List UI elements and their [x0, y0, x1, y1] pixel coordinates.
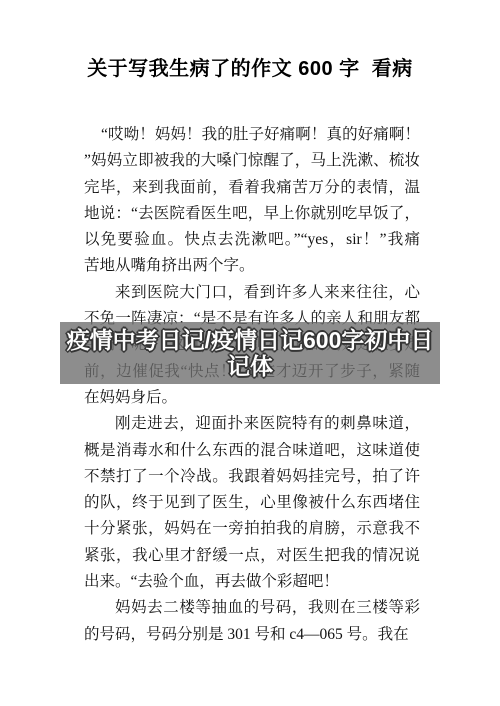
watermark-text-line: 疫情中考日记/疫情日记600字初中日 — [67, 327, 434, 353]
text-line: 出来。“去验个血，再去做个彩超吧！ — [84, 569, 420, 595]
text-line: 概是消毒水和什么东西的混合味道吧，这味道使我 — [84, 438, 420, 464]
text-line: 紧张，我心里才舒缓一点，对医生把我的情况说了 — [84, 543, 420, 569]
text-line: ”妈妈立即被我的大嗓门惊醒了，马上洗漱、梳妆 — [84, 148, 420, 174]
text-line: 十分紧张，妈妈在一旁拍拍我的肩膀，示意我不要 — [84, 516, 420, 542]
text-line: 在妈妈身后。 — [84, 385, 420, 411]
text-line: 地说：“去医院看医生吧，早上你就别吃早饭了， — [84, 201, 420, 227]
text-line: 妈妈去二楼等抽血的号码，我则在三楼等彩超 — [84, 595, 420, 621]
watermark-overlay: 疫情中考日记/疫情日记600字初中日 记体 — [60, 322, 440, 384]
document-page: 关于写我生病了的作文 600 字 看病 “哎呦！妈妈！我的肚子好痛啊！真的好痛啊… — [0, 0, 500, 706]
text-line: 不禁打了一个冷战。我跟着妈妈挂完号，拍了许久 — [84, 464, 420, 490]
text-line: 苦地从嘴角挤出两个字。 — [84, 253, 420, 279]
text-line: “哎呦！妈妈！我的肚子好痛啊！真的好痛啊！ — [84, 122, 420, 148]
essay-body: “哎呦！妈妈！我的肚子好痛啊！真的好痛啊！ ”妈妈立即被我的大嗓门惊醒了，马上洗… — [84, 122, 420, 648]
page-title: 关于写我生病了的作文 600 字 看病 — [0, 54, 500, 84]
text-line: 的号码，号码分别是 301 号和 c4—065 号。我在四 — [84, 622, 420, 648]
text-line: 完毕，来到我面前，看着我痛苦万分的表情，温柔 — [84, 175, 420, 201]
watermark-text-line: 记体 — [227, 353, 273, 379]
text-line: 以免要验血。快点去洗漱吧。”“yes，sir！”我痛 — [84, 227, 420, 253]
text-line: 来到医院大门口，看到许多人来来往往，心中 — [84, 280, 420, 306]
text-line: 的队，终于见到了医生，心里像被什么东西堵住了， — [84, 490, 420, 516]
text-line: 刚走进去，迎面扑来医院特有的刺鼻味道，大 — [84, 411, 420, 437]
